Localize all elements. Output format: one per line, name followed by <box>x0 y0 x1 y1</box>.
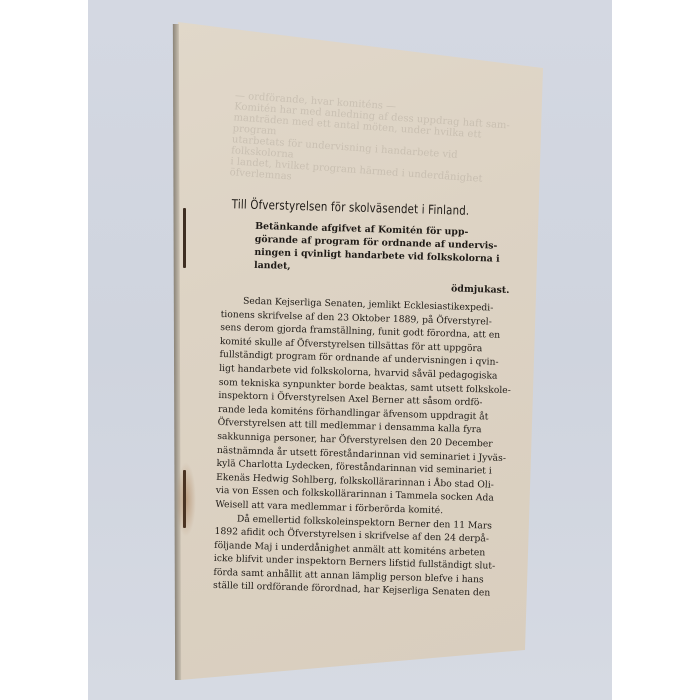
document-subtitle: Betänkande afgifvet af Komitén för upp- … <box>254 220 515 279</box>
signoff: ödmjukast. <box>221 277 509 296</box>
paragraph-1: Sedan Kejserliga Senaten, jemlikt Eckles… <box>215 294 521 520</box>
staple-icon <box>183 208 186 268</box>
paragraph-2: Då emellertid folkskoleinspektorn Berner… <box>213 511 515 601</box>
rust-stain <box>176 462 196 537</box>
rusted-staple-icon <box>183 470 186 528</box>
document-content: Till Öfverstyrelsen för skolväsendet i F… <box>213 196 524 601</box>
document-page: — ordförande, hvar komiténs — Komitén ha… <box>0 0 700 700</box>
